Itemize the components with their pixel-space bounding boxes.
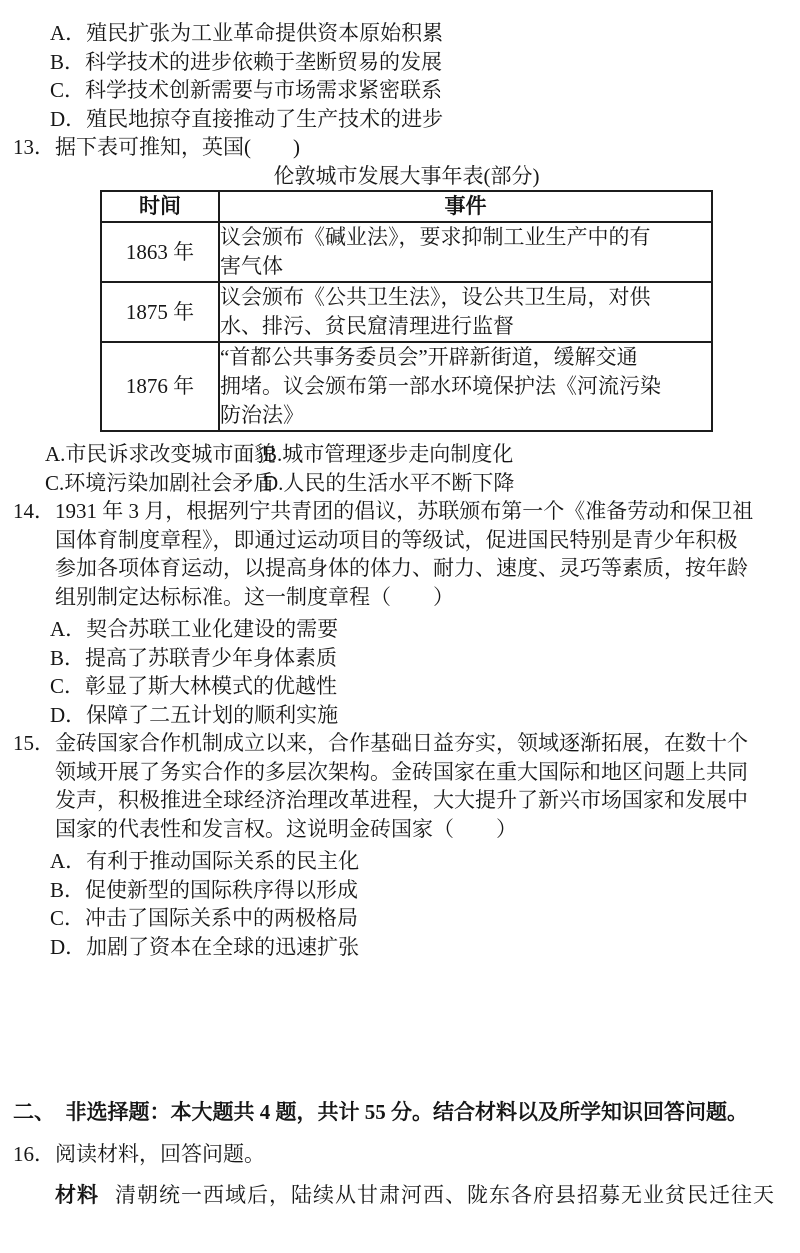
question-13-stem: 13．据下表可推知，英国( ) [0, 133, 800, 162]
event-text-line: 议会颁布《公共卫生法》，设公共卫生局，对供 [220, 283, 711, 312]
event-text-line: 拥堵。议会颁布第一部水环境保护法《河流污染 [220, 372, 711, 401]
event-text-line: 害气体 [220, 252, 711, 281]
option-line: D.人民的生活水平不断下降 [263, 471, 514, 495]
event-text-line: 议会颁布《碱业法》，要求抑制工业生产中的有 [220, 223, 711, 252]
header-cell-time: 时间 [101, 191, 219, 222]
stem-line: 国体育制度章程》，即通过运动项目的等级试，促进国民特别是青少年积极 [0, 526, 800, 555]
stem-line: 14．1931 年 3 月，根据列宁共青团的倡议，苏联颁布第一个《准备劳动和保卫… [0, 497, 800, 526]
table-header-row: 时间 事件 [101, 191, 712, 222]
stem-line: 领域开展了务实合作的多层次架构。金砖国家在重大国际和地区问题上共同 [0, 758, 800, 787]
table-row: 1875 年 议会颁布《公共卫生法》，设公共卫生局，对供 水、排污、贫民窟清理进… [101, 282, 712, 342]
option-line: D．加剧了资本在全球的迅速扩张 [0, 933, 800, 962]
cell-event-1875: 议会颁布《公共卫生法》，设公共卫生局，对供 水、排污、贫民窟清理进行监督 [219, 282, 712, 342]
stem-line: 参加各项体育运动，以提高身体的体力、耐力、速度、灵巧等素质，按年龄 [0, 554, 800, 583]
stem-line: 15．金砖国家合作机制成立以来，合作基础日益夯实，领域逐渐拓展，在数十个 [0, 729, 800, 758]
cell-event-1863: 议会颁布《碱业法》，要求抑制工业生产中的有 害气体 [219, 222, 712, 282]
question-16-stem: 16．阅读材料，回答问题。 [0, 1140, 800, 1169]
material-paragraph: 材料清朝统一西域后，陆续从甘肃河西、陇东各府县招募无业贫民迁往天 [0, 1181, 800, 1210]
question-14-options: A．契合苏联工业化建设的需要 B．提高了苏联青少年身体素质 C．彰显了斯大林模式… [0, 615, 800, 729]
option-row: C.环境污染加剧社会矛盾D.人民的生活水平不断下降 [0, 469, 800, 498]
cell-time-1876: 1876 年 [101, 342, 219, 431]
question-15-options: A．有利于推动国际关系的民主化 B．促使新型的国际秩序得以形成 C．冲击了国际关… [0, 847, 800, 961]
exam-page: { "doc": { "q12_options": [ "A．殖民扩张为工业革命… [0, 0, 800, 1253]
document-page: A．殖民扩张为工业革命提供资本原始积累 B．科学技术的进步依赖于垄断贸易的发展 … [0, 0, 800, 1253]
option-line: C．彰显了斯大林模式的优越性 [0, 672, 800, 701]
option-row: A.市民诉求改变城市面貌B.城市管理逐步走向制度化 [0, 440, 800, 469]
table-title: 伦敦城市发展大事年表(部分) [100, 162, 713, 191]
question-13-options: A.市民诉求改变城市面貌B.城市管理逐步走向制度化 C.环境污染加剧社会矛盾D.… [0, 440, 800, 497]
question-14-stem: 14．1931 年 3 月，根据列宁共青团的倡议，苏联颁布第一个《准备劳动和保卫… [0, 497, 800, 611]
table-row: 1863 年 议会颁布《碱业法》，要求抑制工业生产中的有 害气体 [101, 222, 712, 282]
events-table: 时间 事件 1863 年 议会颁布《碱业法》，要求抑制工业生产中的有 害气体 1… [100, 190, 713, 432]
table-row: 1876 年 “首都公共事务委员会”开辟新街道，缓解交通 拥堵。议会颁布第一部水… [101, 342, 712, 431]
stem-line: 国家的代表性和发言权。这说明金砖国家（ ） [0, 815, 800, 844]
option-line: A．有利于推动国际关系的民主化 [0, 847, 800, 876]
option-line: C．科学技术创新需要与市场需求紧密联系 [0, 76, 800, 105]
material-text: 清朝统一西域后，陆续从甘肃河西、陇东各府县招募无业贫民迁往天 [115, 1183, 775, 1207]
option-line: B.城市管理逐步走向制度化 [263, 442, 513, 466]
event-text-line: 水、排污、贫民窟清理进行监督 [220, 312, 711, 341]
option-line: B．提高了苏联青少年身体素质 [0, 644, 800, 673]
cell-time-1875: 1875 年 [101, 282, 219, 342]
option-line: C．冲击了国际关系中的两极格局 [0, 904, 800, 933]
section-2-heading: 二、 非选择题：本大题共 4 题，共计 55 分。结合材料以及所学知识回答问题。 [0, 1098, 800, 1127]
header-cell-event: 事件 [219, 191, 712, 222]
event-text-line: “首都公共事务委员会”开辟新街道，缓解交通 [220, 343, 711, 372]
option-line: A．殖民扩张为工业革命提供资本原始积累 [0, 19, 800, 48]
question-15-stem: 15．金砖国家合作机制成立以来，合作基础日益夯实，领域逐渐拓展，在数十个 领域开… [0, 729, 800, 843]
cell-event-1876: “首都公共事务委员会”开辟新街道，缓解交通 拥堵。议会颁布第一部水环境保护法《河… [219, 342, 712, 431]
material-label: 材料 [55, 1183, 99, 1207]
option-line: D．殖民地掠夺直接推动了生产技术的进步 [0, 105, 800, 134]
option-line: A.市民诉求改变城市面貌 [45, 440, 263, 469]
option-line: B．科学技术的进步依赖于垄断贸易的发展 [0, 48, 800, 77]
stem-line: 组别制定达标标准。这一制度章程（ ） [0, 583, 800, 612]
option-line: A．契合苏联工业化建设的需要 [0, 615, 800, 644]
event-text-line: 防治法》 [220, 401, 711, 430]
stem-line: 发声，积极推进全球经济治理改革进程，大大提升了新兴市场国家和发展中 [0, 786, 800, 815]
option-line: B．促使新型的国际秩序得以形成 [0, 876, 800, 905]
cell-time-1863: 1863 年 [101, 222, 219, 282]
question-12-options: A．殖民扩张为工业革命提供资本原始积累 B．科学技术的进步依赖于垄断贸易的发展 … [0, 19, 800, 133]
option-line: D．保障了二五计划的顺利实施 [0, 701, 800, 730]
option-line: C.环境污染加剧社会矛盾 [45, 469, 263, 498]
